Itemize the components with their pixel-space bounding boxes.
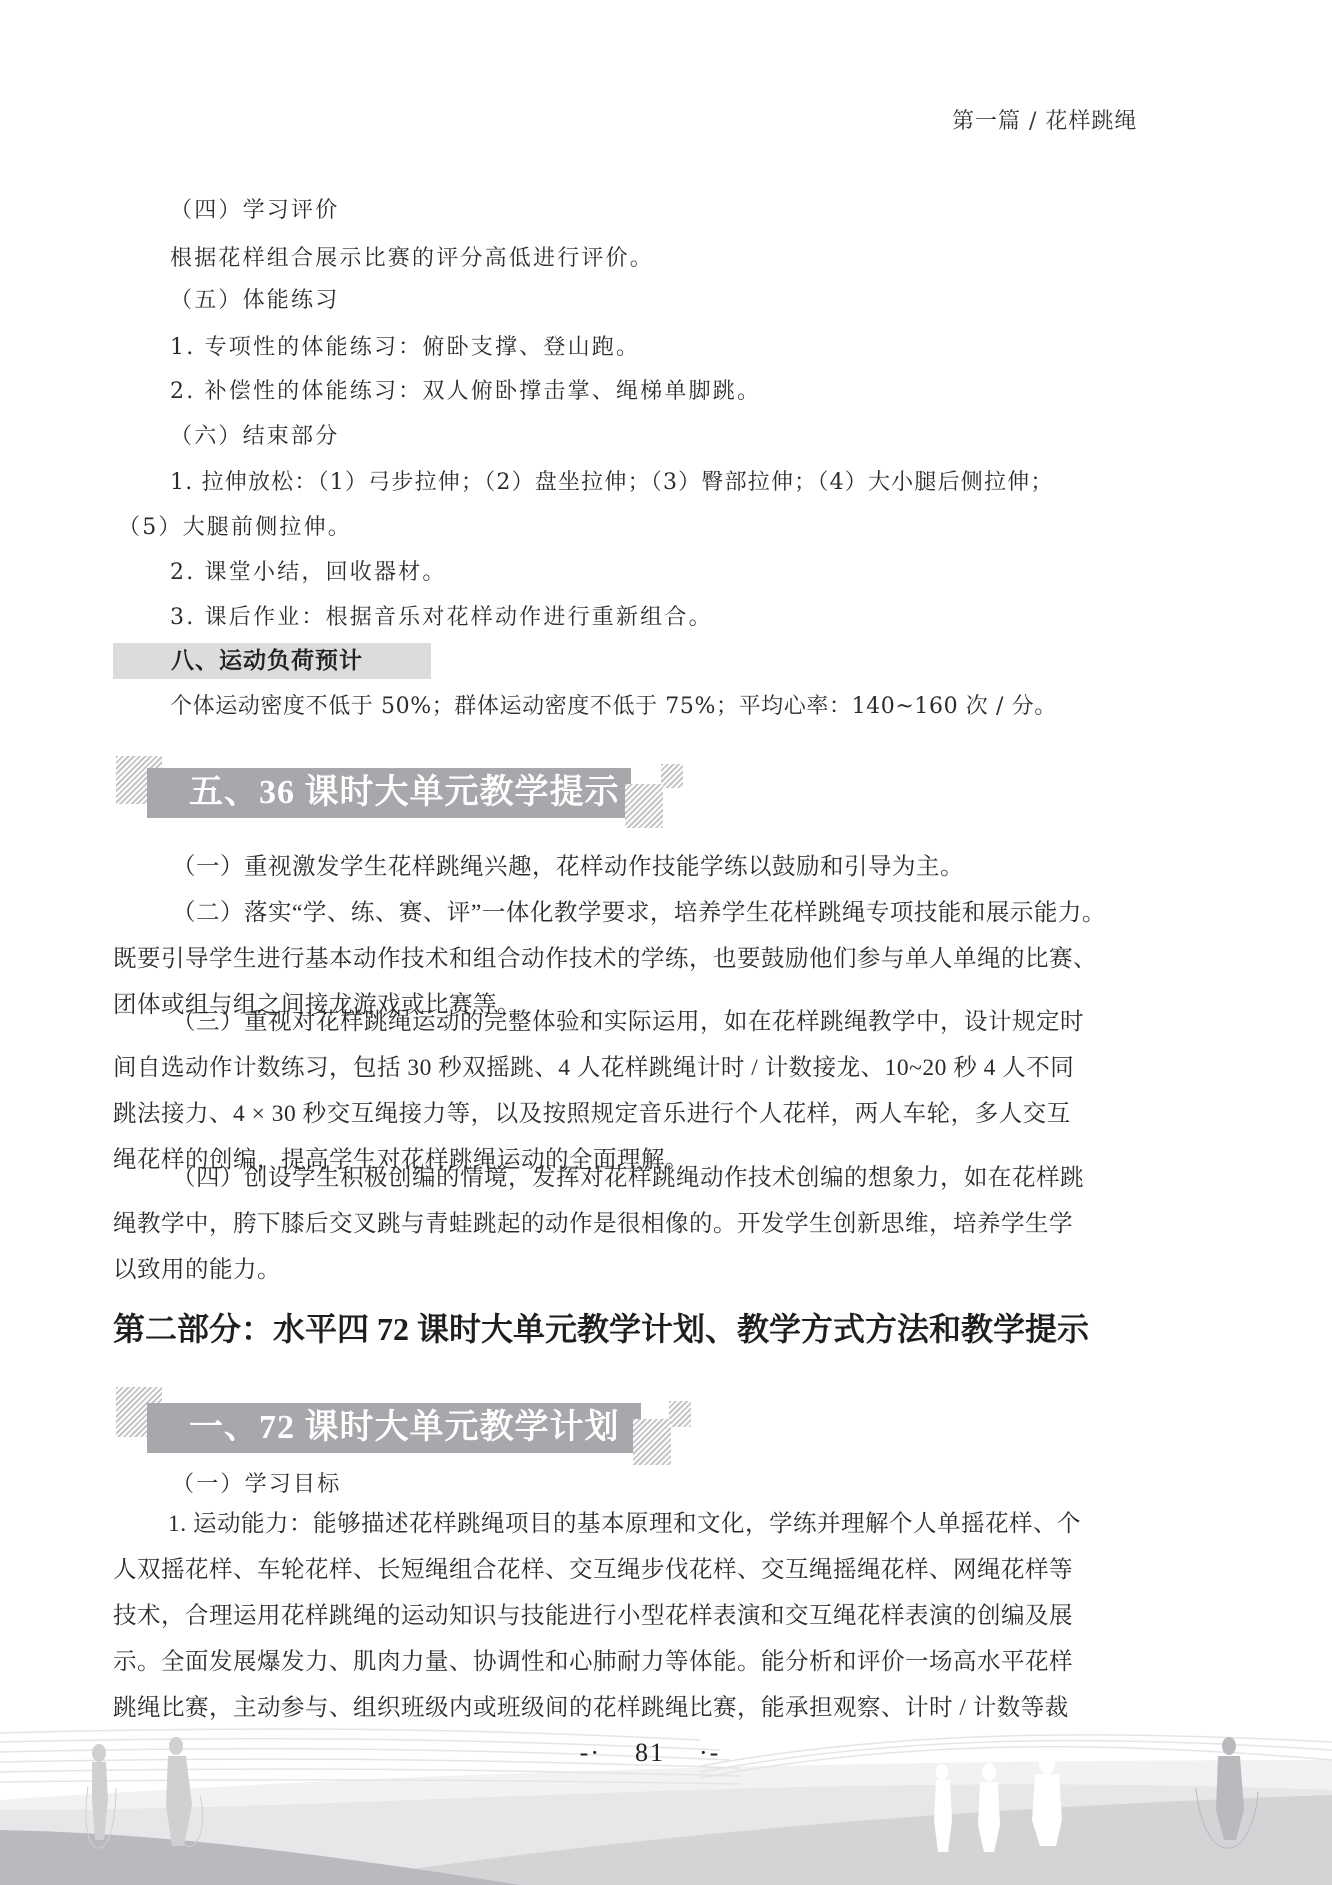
banner-title: 五、36 课时大单元教学提示 <box>147 768 631 818</box>
paragraph: 既要引导学生进行基本动作技术和组合动作技术的学练，也要鼓励他们参与单人单绳的比赛… <box>113 944 1097 974</box>
paragraph: （一）重视激发学生花样跳绳兴趣，花样动作技能学练以鼓励和引导为主。 <box>172 852 964 882</box>
paragraph: （四）创设学生积极创编的情境，发挥对花样跳绳动作技术创编的想象力，如在花样跳 <box>172 1163 1084 1193</box>
paragraph: 跳法接力、4 × 30 秒交互绳接力等，以及按照规定音乐进行个人花样，两人车轮，… <box>113 1099 1071 1129</box>
page-number-decor-right: ·- <box>699 1738 720 1767</box>
subheading-evaluation: （四）学习评价 <box>170 196 339 226</box>
paragraph: 以致用的能力。 <box>113 1255 281 1285</box>
list-item: 2. 课堂小结，回收器材。 <box>170 558 447 588</box>
page-number-value: 81 <box>635 1738 665 1767</box>
section-banner-tips: 五、36 课时大单元教学提示 <box>113 754 673 826</box>
paragraph: 技术，合理运用花样跳绳的运动知识与技能进行小型花样表演和交互绳花样表演的创编及展 <box>113 1601 1073 1631</box>
running-head: 第一篇 / 花样跳绳 <box>952 104 1137 135</box>
part-heading: 第二部分：水平四 72 课时大单元教学计划、教学方式方法和教学提示 <box>113 1309 1089 1349</box>
paragraph: 绳教学中，胯下膝后交叉跳与青蛙跳起的动作是很相像的。开发学生创新思维，培养学生学 <box>113 1209 1073 1239</box>
section-header-load: 八、运动负荷预计 <box>113 643 431 679</box>
paragraph-load-estimate: 个体运动密度不低于 50%；群体运动密度不低于 75%；平均心率：140~160… <box>170 692 1057 722</box>
section-title: 八、运动负荷预计 <box>171 646 363 676</box>
list-item-continued: （5）大腿前侧拉伸。 <box>118 513 352 543</box>
subheading-fitness: （五）体能练习 <box>170 286 339 316</box>
footer-jump-rope-illustration <box>0 1700 1332 1885</box>
paragraph: 示。全面发展爆发力、肌肉力量、协调性和心肺耐力等体能。能分析和评价一场高水平花样 <box>113 1647 1073 1677</box>
section-banner-plan: 一、72 课时大单元教学计划 <box>113 1383 683 1461</box>
hatch-decoration <box>669 1401 691 1427</box>
banner-title: 一、72 课时大单元教学计划 <box>147 1403 641 1453</box>
list-item: 1. 拉伸放松：（1）弓步拉伸；（2）盘坐拉伸；（3）臀部拉伸；（4）大小腿后侧… <box>170 468 1054 498</box>
subheading-goals: （一）学习目标 <box>172 1470 341 1500</box>
paragraph: （三）重视对花样跳绳运动的完整体验和实际运用，如在花样跳绳教学中，设计规定时 <box>172 1007 1084 1037</box>
subheading-closing: （六）结束部分 <box>170 422 339 452</box>
paragraph: 1. 运动能力：能够描述花样跳绳项目的基本原理和文化，学练并理解个人单摇花样、个 <box>168 1509 1081 1539</box>
page-number: -· 81 ·- <box>560 1738 740 1768</box>
paragraph: （二）落实“学、练、赛、评”一体化教学要求，培养学生花样跳绳专项技能和展示能力。 <box>172 898 1106 928</box>
hatch-decoration <box>625 784 663 828</box>
hatch-decoration <box>661 764 683 788</box>
list-item: 3. 课后作业：根据音乐对花样动作进行重新组合。 <box>170 603 713 633</box>
hatch-decoration <box>633 1419 671 1465</box>
list-item: 1. 专项性的体能练习：俯卧支撑、登山跑。 <box>170 333 640 363</box>
paragraph: 人双摇花样、车轮花样、长短绳组合花样、交互绳步伐花样、交互绳摇绳花样、网绳花样等 <box>113 1555 1073 1585</box>
page-number-decor-left: -· <box>580 1738 601 1767</box>
list-item: 2. 补偿性的体能练习：双人俯卧撑击掌、绳梯单脚跳。 <box>170 377 761 407</box>
paragraph: 间自选动作计数练习，包括 30 秒双摇跳、4 人花样跳绳计时 / 计数接龙、10… <box>113 1053 1074 1083</box>
paragraph: 根据花样组合展示比赛的评分高低进行评价。 <box>170 244 654 274</box>
